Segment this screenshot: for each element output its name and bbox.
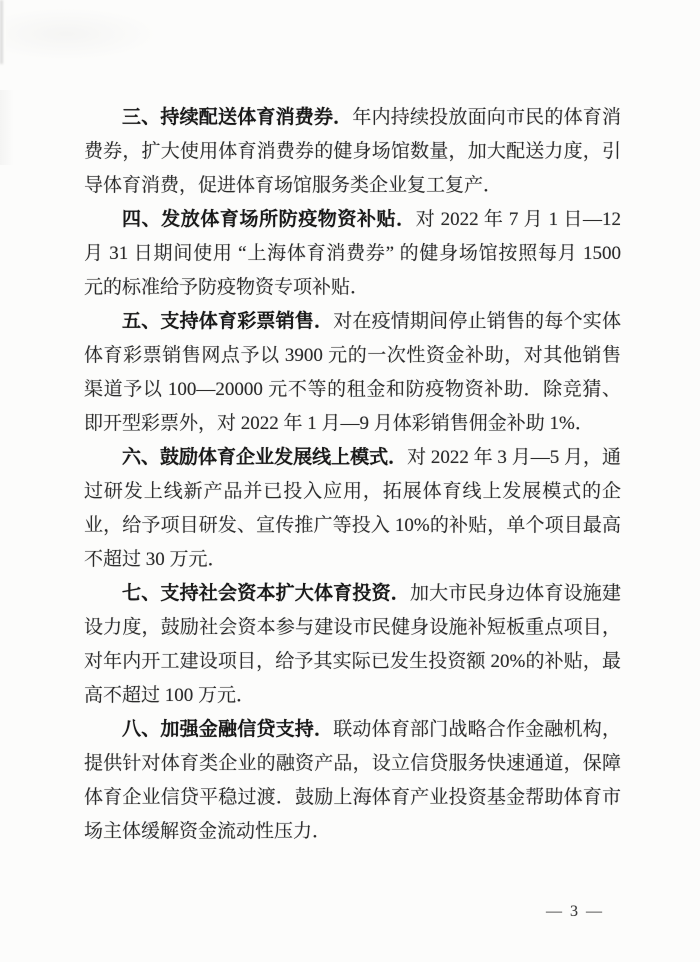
document-body: 三、持续配送体育消费券．年内持续投放面向市民的体育消费券，扩大使用体育消费券的健…: [84, 101, 621, 849]
policy-item-4: 四、发放体育场所防疫物资补贴．对 2022 年 7 月 1 日—12 月 31 …: [84, 203, 621, 305]
policy-item-5: 五、支持体育彩票销售．对在疫情期间停止销售的每个实体体育彩票销售网点予以 390…: [84, 305, 621, 441]
scanned-document-page: 三、持续配送体育消费券．年内持续投放面向市民的体育消费券，扩大使用体育消费券的健…: [0, 0, 700, 962]
policy-item-3: 三、持续配送体育消费券．年内持续投放面向市民的体育消费券，扩大使用体育消费券的健…: [84, 101, 621, 203]
policy-item-5-heading: 五、支持体育彩票销售．: [122, 311, 333, 332]
policy-item-7-heading: 七、支持社会资本扩大体育投资．: [122, 583, 410, 604]
policy-item-3-heading: 三、持续配送体育消费券．: [122, 107, 352, 128]
policy-item-6-heading: 六、鼓励体育企业发展线上模式．: [122, 447, 407, 468]
policy-item-8-heading: 八、加强金融信贷支持．: [122, 719, 333, 740]
policy-item-7: 七、支持社会资本扩大体育投资．加大市民身边体育设施建设力度，鼓励社会资本参与建设…: [84, 577, 621, 713]
policy-item-4-heading: 四、发放体育场所防疫物资补贴．: [122, 209, 416, 230]
scan-artifact-edge-line: [0, 0, 3, 64]
scan-artifact-smudge: [0, 90, 14, 165]
page-number: — 3 —: [546, 901, 626, 923]
policy-item-6: 六、鼓励体育企业发展线上模式．对 2022 年 3 月—5 月，通过研发上线新产…: [84, 441, 621, 577]
policy-item-8: 八、加强金融信贷支持．联动体育部门战略合作金融机构，提供针对体育类企业的融资产品…: [84, 713, 621, 849]
scan-artifact-smudge: [6, 8, 156, 60]
